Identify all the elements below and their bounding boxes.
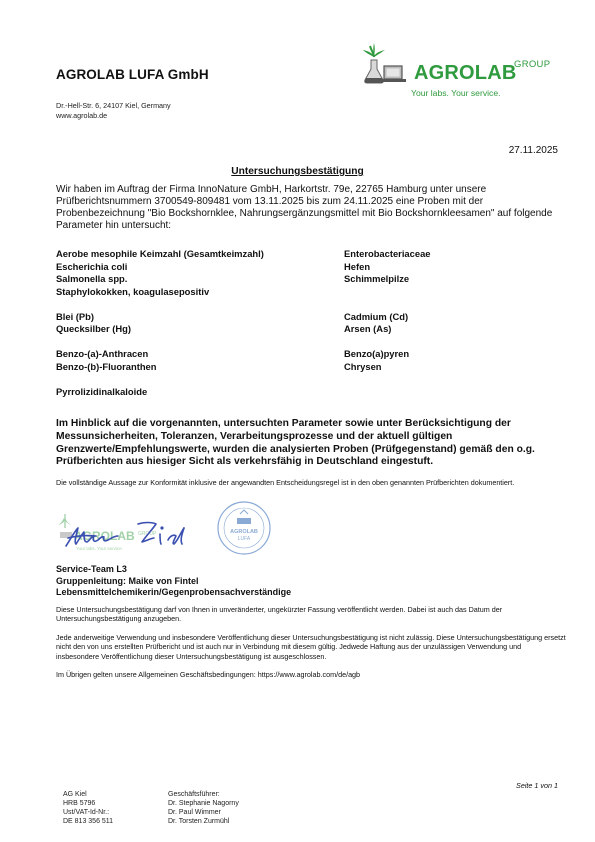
signatory-block: Service-Team L3 Gruppenleitung: Maike vo… — [56, 564, 291, 599]
intro-paragraph: Wir haben im Auftrag der Firma InnoNatur… — [56, 184, 566, 232]
footer-line: AG Kiel — [63, 790, 113, 799]
group-lead: Gruppenleitung: Maike von Fintel — [56, 576, 291, 588]
company-address: Dr.-Hell-Str. 6, 24107 Kiel, Germany www… — [56, 101, 171, 120]
footer-line: HRB 5796 — [63, 799, 113, 808]
parameter-item: Pyrrolizidinalkaloide — [56, 386, 344, 399]
service-team: Service-Team L3 — [56, 564, 291, 576]
svg-text:AGROLAB: AGROLAB — [230, 529, 258, 535]
parameter-item: Blei (Pb) — [56, 311, 344, 324]
parameter-item: Benzo(a)pyren — [344, 348, 566, 361]
parameter-item: Schimmelpilze — [344, 273, 566, 286]
lab-flask-plant-icon — [362, 42, 410, 86]
conclusion-paragraph: Im Hinblick auf die vorgenannten, unters… — [56, 418, 576, 469]
parameter-item: Chrysen — [344, 361, 566, 374]
svg-text:LUFA: LUFA — [238, 536, 251, 542]
footer-line: Dr. Stephanie Nagorny — [168, 799, 239, 808]
footer-line: Geschäftsführer: — [168, 790, 239, 799]
parameter-item: Escherichia coli — [56, 261, 344, 274]
conformity-note: Die vollständige Aussage zur Konformität… — [56, 478, 556, 487]
parameter-item: Hefen — [344, 261, 566, 274]
signatory-role: Lebensmittelchemikerin/Gegenprobensachve… — [56, 587, 291, 599]
parameter-item: Aerobe mesophile Keimzahl (Gesamtkeimzah… — [56, 248, 344, 261]
company-stamp-icon: AGROLAB LUFA — [218, 502, 270, 554]
parameter-item: Benzo-(a)-Anthracen — [56, 348, 344, 361]
agrolab-logo: AGROLAB GROUP Your labs. Your service. — [362, 42, 562, 102]
parameter-item — [344, 386, 566, 399]
document-date: 27.11.2025 — [509, 145, 558, 156]
company-name: AGROLAB LUFA GmbH — [56, 67, 209, 82]
disclaimer-liability: Jede anderweitige Verwendung und insbeso… — [56, 633, 566, 661]
logo-wordmark: AGROLAB — [414, 62, 517, 85]
parameter-group: Aerobe mesophile Keimzahl (Gesamtkeimzah… — [56, 248, 566, 298]
parameter-item: Enterobacteriaceae — [344, 248, 566, 261]
parameter-item: Salmonella spp. — [56, 273, 344, 286]
website-link[interactable]: www.agrolab.de — [56, 111, 171, 121]
page-number: Seite 1 von 1 — [516, 781, 558, 790]
logo-group: GROUP — [514, 59, 550, 70]
faint-logo-icon: AGROLAB GROUP Your labs. Your service. — [58, 514, 157, 551]
parameter-item: Arsen (As) — [344, 323, 566, 336]
parameter-group: Blei (Pb)Cadmium (Cd)Quecksilber (Hg)Ars… — [56, 311, 566, 336]
parameter-group: Pyrrolizidinalkaloide — [56, 386, 566, 399]
parameter-item: Cadmium (Cd) — [344, 311, 566, 324]
signature-area: AGROLAB GROUP Your labs. Your service. A… — [56, 500, 276, 560]
parameter-list: Aerobe mesophile Keimzahl (Gesamtkeimzah… — [56, 248, 566, 411]
parameter-group: Benzo-(a)-AnthracenBenzo(a)pyrenBenzo-(b… — [56, 348, 566, 373]
parameter-item: Staphylokokken, koagulasepositiv — [56, 286, 344, 299]
footer-management: Geschäftsführer:Dr. Stephanie NagornyDr.… — [168, 790, 239, 826]
footer-line: Dr. Torsten Zurmühl — [168, 817, 239, 826]
logo-tagline: Your labs. Your service. — [411, 88, 501, 98]
document-title-wrap: Untersuchungsbestätigung — [0, 166, 595, 177]
footer-line: Dr. Paul Wimmer — [168, 808, 239, 817]
parameter-item: Quecksilber (Hg) — [56, 323, 344, 336]
document-title: Untersuchungsbestätigung — [231, 166, 363, 177]
svg-text:Your labs. Your service.: Your labs. Your service. — [76, 546, 123, 551]
disclaimer-terms: Im Übrigen gelten unsere Allgemeinen Ges… — [56, 670, 566, 679]
footer-line: DE 813 356 511 — [63, 817, 113, 826]
disclaimer-publication: Diese Untersuchungsbestätigung darf von … — [56, 605, 566, 624]
parameter-item: Benzo-(b)-Fluoranthen — [56, 361, 344, 374]
footer-registry: AG KielHRB 5796Ust/VAT-Id-Nr.:DE 813 356… — [63, 790, 113, 826]
signature-stamp-graphic: AGROLAB GROUP Your labs. Your service. A… — [56, 500, 276, 560]
address-line: Dr.-Hell-Str. 6, 24107 Kiel, Germany — [56, 101, 171, 111]
footer-line: Ust/VAT-Id-Nr.: — [63, 808, 113, 817]
parameter-item — [344, 286, 566, 299]
